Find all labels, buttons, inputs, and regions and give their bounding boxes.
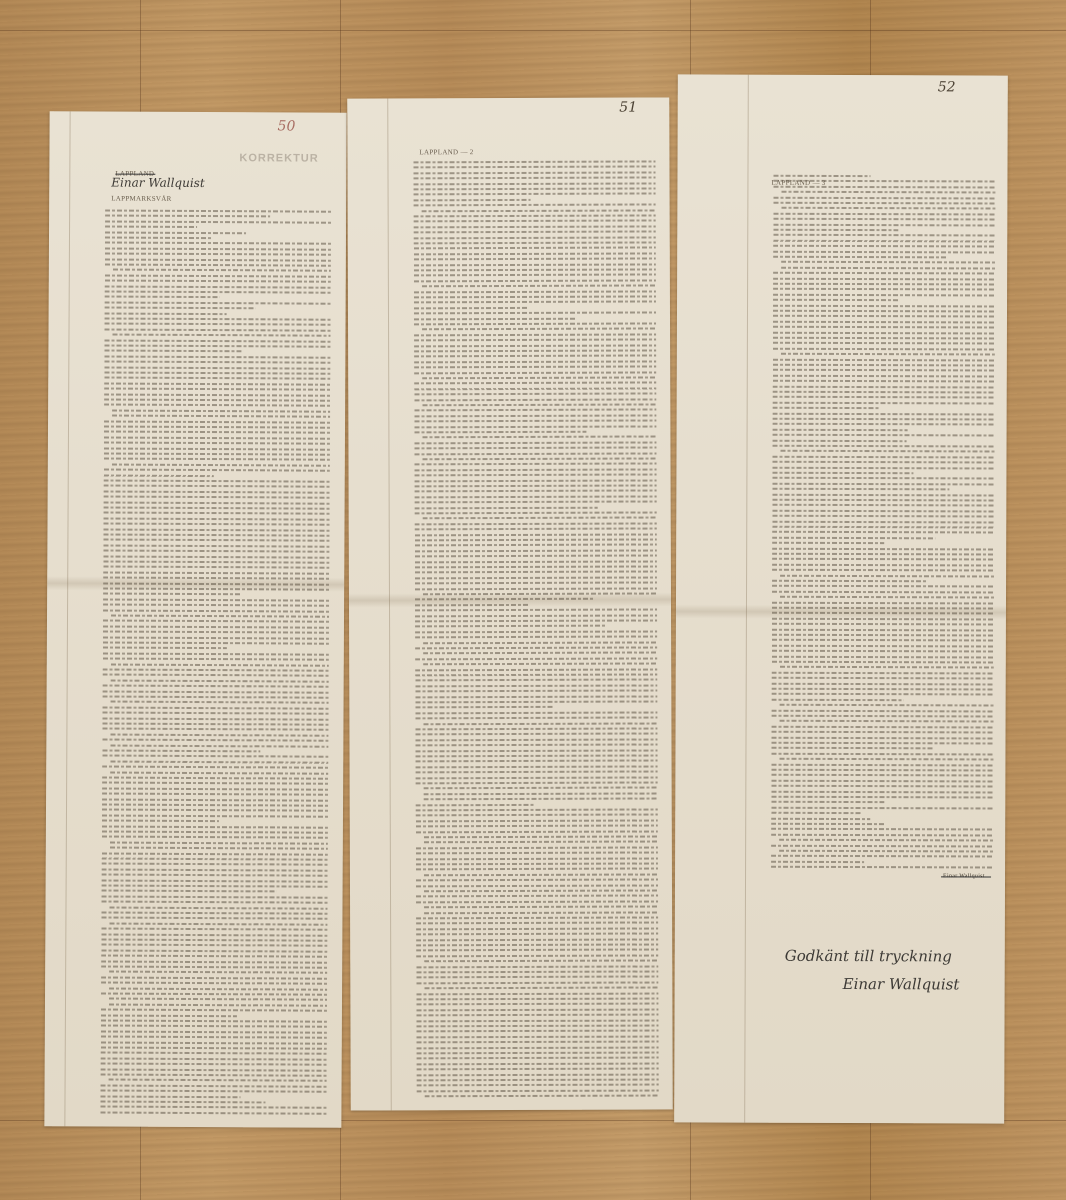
text-line xyxy=(105,215,270,218)
text-line xyxy=(414,177,656,180)
text-line xyxy=(772,499,994,502)
text-line xyxy=(414,290,656,293)
text-line xyxy=(112,409,330,412)
text-line xyxy=(104,496,330,499)
text-line xyxy=(773,358,995,361)
text-line xyxy=(416,1019,658,1022)
text-line xyxy=(771,807,993,810)
text-line xyxy=(424,873,658,876)
text-line xyxy=(416,895,658,898)
text-line xyxy=(416,857,658,860)
text-line xyxy=(103,566,329,569)
text-line xyxy=(780,666,994,669)
text-line xyxy=(105,242,331,245)
text-line xyxy=(415,533,657,536)
text-line xyxy=(415,474,657,477)
text-line xyxy=(772,520,994,523)
strike-through xyxy=(115,174,155,175)
manuscript-sheet-2: 51 LAPPLAND — 2 xyxy=(347,97,673,1110)
text-line xyxy=(415,528,657,531)
text-line xyxy=(105,280,331,283)
text-line xyxy=(104,377,330,380)
text-line xyxy=(416,776,658,779)
text-line xyxy=(102,793,328,796)
text-line xyxy=(780,596,994,599)
text-line xyxy=(101,982,327,985)
text-line xyxy=(414,241,656,244)
text-line xyxy=(773,202,995,205)
text-line xyxy=(110,760,328,763)
text-line xyxy=(780,720,994,723)
fold-crease xyxy=(64,111,70,1126)
text-line xyxy=(773,385,995,388)
text-line xyxy=(102,895,328,898)
text-line xyxy=(417,1035,659,1038)
text-line xyxy=(772,564,994,567)
text-line xyxy=(415,479,657,482)
proof-stamp: KORREKTUR xyxy=(239,152,318,164)
text-line xyxy=(424,987,658,990)
text-line xyxy=(101,1041,327,1044)
text-line xyxy=(773,288,995,291)
text-line xyxy=(103,625,329,628)
text-line xyxy=(414,366,656,369)
text-line xyxy=(109,922,327,925)
text-line xyxy=(414,307,528,309)
text-line xyxy=(771,801,884,803)
text-line xyxy=(105,307,256,310)
text-line xyxy=(415,733,657,736)
text-line xyxy=(101,955,327,958)
text-line xyxy=(104,388,330,391)
text-line xyxy=(110,847,328,850)
text-line xyxy=(415,560,657,563)
text-line xyxy=(415,609,657,612)
text-line xyxy=(104,517,330,520)
text-line xyxy=(771,785,993,788)
text-line xyxy=(416,781,658,784)
text-line xyxy=(103,593,240,596)
text-line xyxy=(422,209,656,212)
text-line xyxy=(110,733,328,736)
text-line xyxy=(102,858,328,861)
text-line xyxy=(415,657,657,660)
text-line xyxy=(416,879,658,882)
text-line xyxy=(414,420,656,423)
text-line xyxy=(416,938,658,941)
text-line xyxy=(109,1003,327,1006)
text-line xyxy=(416,1030,658,1033)
text-line xyxy=(414,231,656,234)
text-line xyxy=(773,223,995,226)
text-line xyxy=(773,380,995,383)
text-line xyxy=(779,758,993,761)
text-line xyxy=(416,852,658,855)
text-line xyxy=(102,787,328,790)
text-line xyxy=(101,928,327,931)
text-line xyxy=(103,712,329,715)
text-line xyxy=(415,630,657,633)
text-line xyxy=(416,814,658,817)
text-line xyxy=(781,261,995,264)
text-line xyxy=(416,927,658,930)
text-line xyxy=(416,970,658,973)
text-line xyxy=(101,1036,327,1039)
text-line xyxy=(105,274,331,277)
text-line xyxy=(416,976,658,979)
text-line xyxy=(415,690,657,693)
text-line xyxy=(773,321,995,324)
text-line xyxy=(104,404,330,407)
text-line xyxy=(104,453,330,456)
text-line xyxy=(772,623,994,626)
text-line xyxy=(105,247,331,250)
text-line xyxy=(103,598,329,601)
text-line xyxy=(110,744,328,747)
text-line xyxy=(416,819,658,822)
text-line xyxy=(103,609,329,612)
text-line xyxy=(101,1057,327,1060)
text-line xyxy=(415,604,528,606)
text-line xyxy=(773,445,995,448)
text-line xyxy=(416,868,658,871)
text-line xyxy=(414,263,656,266)
text-line xyxy=(414,349,656,352)
text-line xyxy=(424,835,658,838)
text-line xyxy=(415,555,657,558)
text-line xyxy=(415,668,657,671)
text-line xyxy=(781,191,995,194)
text-line xyxy=(101,1025,327,1028)
text-line xyxy=(105,253,331,256)
text-line xyxy=(771,774,993,777)
text-line xyxy=(424,792,658,795)
text-line xyxy=(104,350,241,353)
text-line xyxy=(104,361,330,364)
text-line xyxy=(415,646,657,649)
text-line xyxy=(415,571,657,574)
text-line xyxy=(414,431,586,434)
text-line xyxy=(102,809,328,812)
text-line xyxy=(100,1106,326,1109)
chapter-title: LAPPMARKSVÅR xyxy=(111,195,171,203)
text-line xyxy=(113,269,331,272)
text-line xyxy=(772,628,994,631)
text-line xyxy=(417,1041,659,1044)
text-line xyxy=(771,742,993,745)
text-line xyxy=(773,213,995,216)
text-line xyxy=(103,636,329,639)
text-line xyxy=(102,766,328,769)
text-line xyxy=(104,345,330,348)
handwritten-signature: Einar Wallquist xyxy=(843,975,960,993)
text-line xyxy=(416,765,658,768)
text-line xyxy=(101,1084,327,1087)
text-line xyxy=(105,210,331,213)
text-line xyxy=(772,634,994,637)
text-line xyxy=(780,574,994,577)
text-line xyxy=(773,429,908,431)
text-line xyxy=(103,555,329,558)
text-line xyxy=(772,591,994,594)
text-line xyxy=(110,841,328,844)
text-line xyxy=(414,236,656,239)
text-line xyxy=(101,993,327,996)
text-line xyxy=(415,587,657,590)
text-line xyxy=(424,787,658,790)
manuscript-sheet-3: 52 LAPPLAND — 3 Einar Wallquist Godkänt … xyxy=(674,74,1008,1123)
text-line xyxy=(414,268,656,271)
text-line xyxy=(415,679,657,682)
text-line xyxy=(414,425,656,428)
text-line xyxy=(105,285,331,288)
text-line xyxy=(105,328,331,331)
text-line xyxy=(105,258,331,261)
text-line xyxy=(771,834,993,837)
text-line xyxy=(101,912,327,915)
text-line xyxy=(772,510,994,513)
text-line xyxy=(104,485,330,488)
text-line xyxy=(417,1062,659,1065)
text-line xyxy=(415,706,554,708)
text-line xyxy=(414,382,656,385)
text-line xyxy=(101,960,327,963)
text-line xyxy=(417,1068,659,1071)
text-line xyxy=(109,1079,327,1082)
text-line xyxy=(104,393,330,396)
text-line xyxy=(104,474,214,477)
text-line xyxy=(102,836,328,839)
text-line xyxy=(101,1009,327,1012)
text-line xyxy=(414,414,656,417)
text-line xyxy=(416,943,658,946)
text-line xyxy=(112,463,330,466)
text-line xyxy=(772,472,913,474)
text-line xyxy=(104,458,330,461)
text-line xyxy=(416,933,658,936)
text-line xyxy=(415,501,657,504)
text-line xyxy=(423,652,657,655)
text-line xyxy=(105,226,197,228)
text-line xyxy=(779,839,993,842)
text-line xyxy=(772,731,994,734)
text-line xyxy=(102,825,328,828)
text-line xyxy=(414,317,576,320)
text-line xyxy=(416,749,658,752)
text-line xyxy=(415,468,657,471)
text-line xyxy=(415,565,657,568)
text-line xyxy=(416,981,658,984)
text-line xyxy=(424,841,658,844)
text-line xyxy=(772,682,994,685)
text-line xyxy=(772,655,994,658)
text-line xyxy=(104,512,330,515)
text-line xyxy=(415,549,657,552)
text-line xyxy=(773,423,995,426)
text-line xyxy=(773,348,995,351)
text-line xyxy=(102,885,328,888)
manuscript-sheet-1: 50 KORREKTUR LAPPLAND Einar Wallquist LA… xyxy=(44,111,346,1128)
text-line xyxy=(103,539,329,542)
text-line xyxy=(103,647,227,650)
text-line xyxy=(416,965,658,968)
text-line xyxy=(104,447,330,450)
text-line xyxy=(773,175,870,177)
text-line xyxy=(772,504,994,507)
strike-through xyxy=(941,876,991,877)
text-line xyxy=(104,507,330,510)
text-line xyxy=(415,700,657,703)
page-number: 51 xyxy=(619,100,637,116)
page-header: LAPPLAND — 2 xyxy=(419,148,473,156)
text-line xyxy=(423,641,657,644)
text-line xyxy=(424,906,658,909)
text-line xyxy=(772,585,994,588)
text-line xyxy=(772,709,994,712)
text-line xyxy=(773,418,995,421)
text-line xyxy=(109,987,327,990)
text-line xyxy=(103,642,329,645)
text-line xyxy=(773,342,995,345)
text-line xyxy=(771,817,870,819)
text-line xyxy=(771,790,993,793)
text-line xyxy=(111,701,329,704)
text-line xyxy=(105,291,331,294)
text-line xyxy=(105,301,331,304)
text-line xyxy=(416,922,658,925)
text-line xyxy=(105,264,331,267)
text-line xyxy=(103,652,329,655)
text-line xyxy=(772,688,994,691)
text-line xyxy=(414,199,531,201)
text-line xyxy=(101,933,327,936)
text-line xyxy=(773,250,995,253)
text-line xyxy=(414,301,656,304)
text-line xyxy=(417,1084,659,1087)
text-line xyxy=(104,420,330,423)
text-line xyxy=(414,371,656,374)
text-line xyxy=(771,828,993,831)
text-line xyxy=(422,328,656,331)
text-line xyxy=(772,677,994,680)
text-line xyxy=(772,715,994,718)
text-line xyxy=(101,939,327,942)
text-line xyxy=(416,900,658,903)
text-line xyxy=(417,1089,659,1092)
text-line xyxy=(414,447,656,450)
text-line xyxy=(424,960,658,963)
text-line xyxy=(773,369,995,372)
text-line xyxy=(781,207,995,210)
text-line xyxy=(417,1078,659,1081)
text-line xyxy=(423,517,657,520)
text-line xyxy=(772,569,994,572)
text-line xyxy=(415,625,606,628)
text-line xyxy=(771,769,993,772)
text-line xyxy=(103,631,329,634)
text-line xyxy=(103,706,329,709)
text-line xyxy=(103,658,329,661)
text-line xyxy=(414,252,656,255)
text-line xyxy=(415,463,657,466)
text-line xyxy=(771,812,861,814)
text-line xyxy=(415,717,657,720)
text-line xyxy=(101,1090,327,1093)
text-line xyxy=(416,846,658,849)
text-line xyxy=(415,673,657,676)
text-line xyxy=(417,1057,659,1060)
text-line xyxy=(413,166,655,169)
text-line xyxy=(772,493,994,496)
text-line xyxy=(772,699,904,701)
text-line xyxy=(414,220,656,223)
text-line xyxy=(773,331,995,334)
text-line xyxy=(773,299,899,301)
text-line xyxy=(416,949,658,952)
text-line xyxy=(102,739,328,742)
text-line xyxy=(416,997,658,1000)
text-line xyxy=(415,484,657,487)
text-line xyxy=(414,182,656,185)
text-line xyxy=(414,193,656,196)
text-line xyxy=(415,511,657,514)
text-line xyxy=(416,754,658,757)
text-line xyxy=(101,917,327,920)
text-line xyxy=(104,436,330,439)
text-line xyxy=(773,240,995,243)
text-line xyxy=(771,866,993,869)
text-line xyxy=(109,906,327,909)
text-line xyxy=(102,723,328,726)
text-line xyxy=(103,690,329,693)
text-line xyxy=(773,283,995,286)
text-line xyxy=(105,231,246,234)
text-line xyxy=(101,1014,237,1017)
text-line xyxy=(105,323,331,326)
text-line xyxy=(773,196,995,199)
text-line xyxy=(102,782,328,785)
text-line xyxy=(772,661,994,664)
text-line xyxy=(415,684,657,687)
text-line xyxy=(422,403,656,406)
text-line xyxy=(416,825,658,828)
text-line xyxy=(771,844,993,847)
text-line xyxy=(772,526,994,529)
text-line xyxy=(772,601,994,604)
text-line xyxy=(414,344,656,347)
text-line xyxy=(414,452,656,455)
text-line xyxy=(773,245,995,248)
text-line xyxy=(771,780,993,783)
text-line xyxy=(103,685,329,688)
text-line xyxy=(414,393,656,396)
text-line xyxy=(772,558,994,561)
text-line xyxy=(102,717,328,720)
text-line xyxy=(104,372,330,375)
text-line xyxy=(414,322,656,325)
text-line xyxy=(771,747,933,750)
text-line xyxy=(105,318,331,321)
text-line xyxy=(773,186,995,189)
text-line xyxy=(101,976,327,979)
text-line xyxy=(102,831,328,834)
text-line xyxy=(103,674,329,677)
text-line xyxy=(773,364,995,367)
text-line xyxy=(779,850,993,853)
text-line xyxy=(414,187,656,190)
text-line xyxy=(414,409,656,412)
text-line xyxy=(773,326,995,329)
